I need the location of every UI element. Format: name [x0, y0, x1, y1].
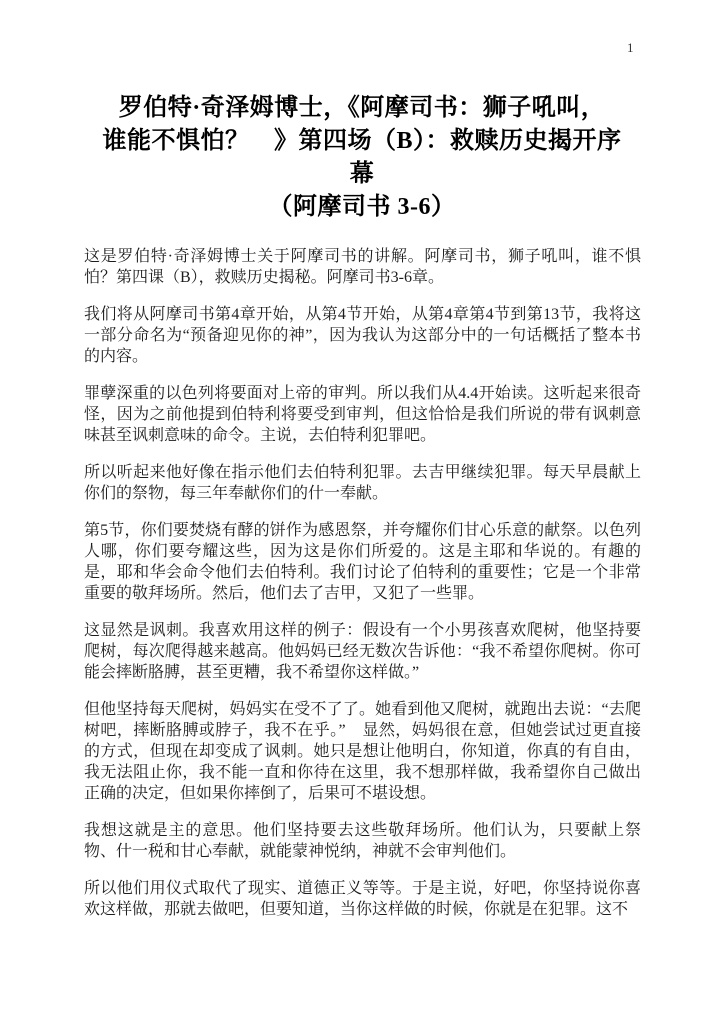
paragraph: 我想这就是主的意思。他们坚持要去这些敬拜场所。他们认为，只要献上祭物、什一税和甘…	[84, 820, 641, 862]
paragraph: 这是罗伯特·奇泽姆博士关于阿摩司书的讲解。阿摩司书，狮子吼叫，谁不惧怕？第四课（…	[84, 246, 641, 288]
title-line-1: 罗伯特·奇泽姆博士，《阿摩司书：狮子吼叫，	[42, 92, 682, 125]
title-line-2: 谁能不惧怕？ 》第四场（B）：救赎历史揭开序	[42, 125, 682, 158]
title-subtitle: （阿摩司书 3-6）	[42, 191, 682, 224]
paragraph: 这显然是讽刺。我喜欢用这样的例子：假设有一个小男孩喜欢爬树，他坚持要爬树，每次爬…	[84, 620, 641, 683]
title-line-3: 幕	[42, 158, 682, 191]
paragraph: 但他坚持每天爬树，妈妈实在受不了了。她看到他又爬树，就跑出去说：“去爬树吧，摔断…	[84, 699, 641, 804]
document-body: 这是罗伯特·奇泽姆博士关于阿摩司书的讲解。阿摩司书，狮子吼叫，谁不惧怕？第四课（…	[84, 246, 641, 920]
paragraph: 所以他们用仪式取代了现实、道德正义等等。于是主说，好吧，你坚持说你喜欢这样做，那…	[84, 878, 641, 920]
document-page: 1 罗伯特·奇泽姆博士，《阿摩司书：狮子吼叫， 谁能不惧怕？ 》第四场（B）：救…	[0, 0, 724, 1024]
paragraph: 第5节，你们要焚烧有酵的饼作为感恩祭，并夸耀你们甘心乐意的献祭。以色列人哪，你们…	[84, 520, 641, 604]
paragraph: 我们将从阿摩司书第4章开始，从第4节开始，从第4章第4节到第13节，我将这一部分…	[84, 304, 641, 367]
paragraph: 所以听起来他好像在指示他们去伯特利犯罪。去吉甲继续犯罪。每天早晨献上你们的祭物，…	[84, 462, 641, 504]
document-title: 罗伯特·奇泽姆博士，《阿摩司书：狮子吼叫， 谁能不惧怕？ 》第四场（B）：救赎历…	[42, 0, 682, 224]
paragraph: 罪孽深重的以色列将要面对上帝的审判。所以我们从4.4开始读。这听起来很奇怪，因为…	[84, 383, 641, 446]
page-number: 1	[627, 40, 634, 56]
